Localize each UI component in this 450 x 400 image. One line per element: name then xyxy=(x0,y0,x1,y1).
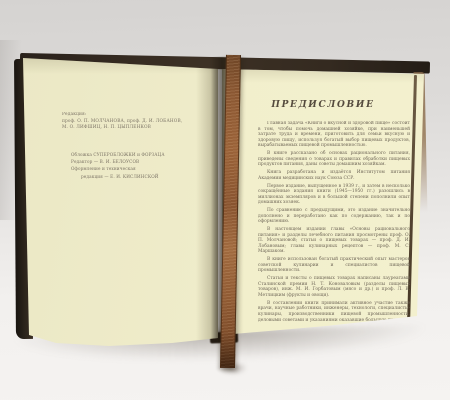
credits-block: Редакция: проф. О. П. МОЛЧАНОВА, проф. Д… xyxy=(62,112,192,132)
preface-paragraph: В книге использован богатый практический… xyxy=(258,257,410,274)
preface-paragraph: Книга разработана и издаётся Институтом … xyxy=(258,170,410,181)
colophon-line: Редактор — В. И. БЕЛОУСОВ xyxy=(71,158,191,165)
preface-paragraph: Главная задача «Книги о вкусной и здоров… xyxy=(258,121,410,149)
credits-line: Редакция: xyxy=(62,112,192,119)
preface-paragraph: В настоящем издании главы «Основы рацион… xyxy=(258,227,410,255)
preface-paragraph: В составлении книги принимали активное у… xyxy=(258,301,410,323)
preface-paragraph: В книге рассказано об основах рациональн… xyxy=(258,151,410,168)
preface-paragraph: Первое издание, выпущенное в 1939 г., и … xyxy=(258,184,410,206)
colophon-line: редакция — Е. И. КИСЛИНСКОЙ xyxy=(71,173,191,180)
preface-paragraph: По сравнению с предыдущими, это издание … xyxy=(258,208,410,225)
preface-heading: ПРЕДИСЛОВИЕ xyxy=(222,100,424,110)
colophon-line: Обложка СУПЕРОБЛОЖКИ и ФОРЗАЦА xyxy=(71,151,191,158)
credits-line: М. О. ЛИФШИЦ, Н. П. ЦЫПЛЕНКОВ xyxy=(62,125,192,132)
colophon-line: Оформление и техническая xyxy=(71,165,191,172)
open-book: Редакция: проф. О. П. МОЛЧАНОВА, проф. Д… xyxy=(14,50,436,385)
colophon-block: Обложка СУПЕРОБЛОЖКИ и ФОРЗАЦА Редактор … xyxy=(71,151,191,180)
credits-line: проф. О. П. МОЛЧАНОВА, проф. Д. И. ЛОБАН… xyxy=(62,119,192,126)
preface-paragraph: Статьи и тексты о пищевых товарах написа… xyxy=(258,276,410,298)
preface-text: Главная задача «Книги о вкусной и здоров… xyxy=(258,121,410,325)
